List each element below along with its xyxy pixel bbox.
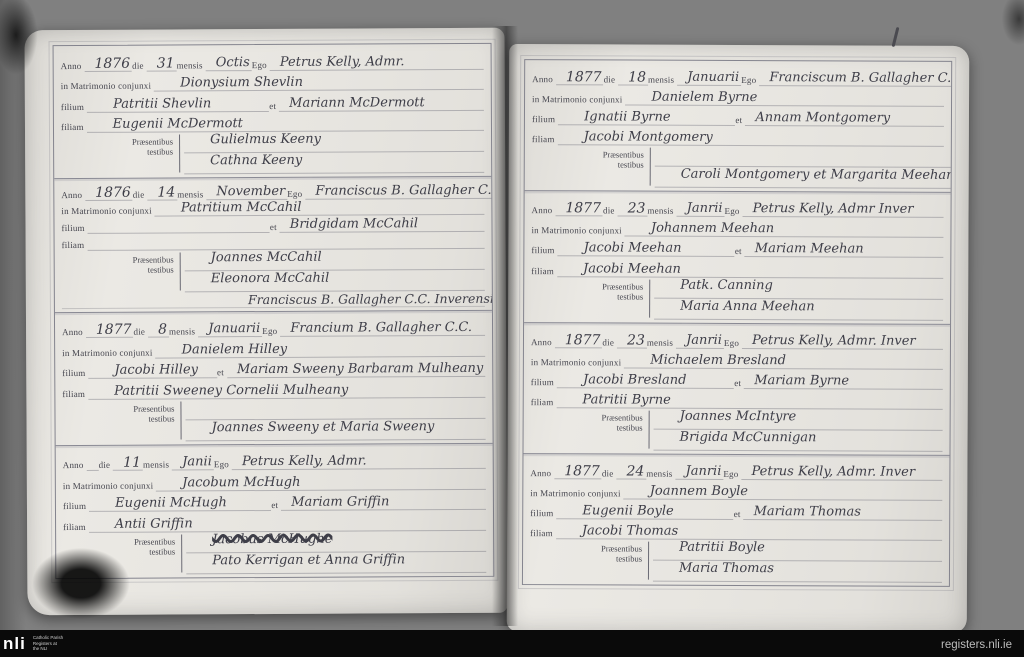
handwritten-bride-father: Jacobi Montgomery (558, 130, 944, 147)
entry-row-bride-father: filiam Jacobi Meehan (531, 257, 943, 279)
testibus-brace (181, 534, 182, 572)
handwritten-witness-2: Pato Kerrigan et Anna Griffin (186, 552, 486, 575)
form-label-testibus: Præsentibus testibus (62, 399, 180, 442)
handwritten-priest: Petrus Kelly, Admr Inver (743, 202, 944, 218)
form-label-die: die (602, 468, 617, 479)
entry-witnesses: Præsentibus testibus Gulielmus Keeny Cat… (61, 131, 484, 175)
register-entry: Anno 1877 die 23 mensis Janrii Ego Petru… (524, 190, 951, 323)
form-label-ego: Ego (214, 459, 232, 470)
form-label-conjunxi: in Matrimonio conjunxi (61, 206, 154, 217)
form-label-die: die (133, 327, 148, 338)
handwritten-day: 23 (618, 202, 648, 217)
form-label-ego: Ego (724, 206, 742, 217)
handwritten-witness-2: Maria Anna Meehan (654, 298, 943, 320)
handwritten-groom-father: Eugenii Boyle (556, 504, 733, 520)
form-label-filium: filium (531, 377, 557, 388)
handwritten-day: 14 (147, 185, 177, 200)
form-label-die: die (604, 74, 619, 85)
form-label-testibus: Præsentibus testibus (61, 133, 179, 176)
form-label-mensis: mensis (177, 189, 206, 200)
form-label-anno: Anno (61, 190, 85, 201)
entry-row-date: Anno die 11 mensis Janii Ego Petrus Kell… (63, 449, 486, 472)
handwritten-groom: Johannem Meehan (625, 222, 944, 238)
form-label-filium: filium (61, 223, 87, 234)
handwritten-groom: Danielem Byrne (625, 91, 944, 107)
form-label-anno: Anno (532, 205, 556, 216)
form-label-ego: Ego (262, 326, 280, 337)
form-label-anno: Anno (63, 460, 87, 471)
register-entry: Anno 1877 die 23 mensis Janrii Ego Petru… (523, 322, 950, 455)
handwritten-witness-1: Gulielmus Keeny (184, 131, 484, 154)
register-entry: Anno die 11 mensis Janii Ego Petrus Kell… (56, 443, 494, 579)
entry-row-groom: in Matrimonio conjunxi Joannem Boyle (530, 479, 942, 501)
handwritten-year: 1877 (556, 70, 604, 85)
handwritten-bride: Bridgidam McCahil (280, 217, 485, 233)
site-watermark: registers.nli.ie (941, 639, 1012, 651)
handwritten-groom-father: Jacobi Bresland (557, 373, 734, 389)
form-label-die: die (132, 60, 147, 71)
register-entry: Anno 1876 die 14 mensis November Ego Fra… (54, 176, 492, 312)
form-label-mensis: mensis (646, 468, 675, 479)
entry-row-groom: in Matrimonio conjunxi Danielem Byrne (532, 85, 944, 107)
entry-row-date: Anno 1877 die 23 mensis Janrii Ego Petru… (532, 196, 944, 218)
entry-row-date: Anno 1877 die 23 mensis Janrii Ego Petru… (531, 328, 943, 350)
entry-row-groom-father: filium Eugenii Boyle et Mariam Thomas (530, 499, 942, 521)
form-label-filium: filium (62, 368, 88, 379)
form-label-anno: Anno (61, 61, 85, 72)
handwritten-day: 18 (618, 71, 648, 86)
form-label-die: die (99, 460, 114, 471)
page-frame: Anno 1877 die 18 mensis Januarii Ego Fra… (522, 59, 952, 587)
form-label-mensis: mensis (648, 75, 677, 86)
entry-row-bride-father: filiam Jacobi Thomas (530, 519, 942, 541)
register-entry: Anno 1877 die 8 mensis Januarii Ego Fran… (55, 309, 493, 445)
handwritten-groom-father: Patritii Shevlin (87, 97, 269, 113)
entry-witnesses: Præsentibus testibus Caroli Montgomery e… (532, 145, 944, 189)
form-label-ego: Ego (741, 75, 759, 86)
testibus-brace (650, 148, 651, 186)
entry-row-date: Anno 1876 die 31 mensis Octis Ego Petrus… (61, 49, 484, 72)
nli-caption-line: the NLI (33, 646, 48, 651)
handwritten-priest: Petrus Kelly, Admr. Inver (742, 334, 943, 350)
form-label-anno: Anno (62, 327, 86, 338)
handwritten-month: Octis (206, 56, 252, 71)
form-label-filium: filium (530, 508, 556, 519)
handwritten-witness-1 (185, 398, 485, 421)
form-label-filium: filium (63, 501, 89, 512)
handwritten-groom-father: Jacobi Meehan (558, 242, 735, 258)
form-label-filiam: filiam (532, 134, 558, 145)
entry-witnesses: Præsentibus testibus Patritii Boyle Mari… (530, 539, 942, 583)
nli-logo: nli Catholic Parish Registers at the NLI (3, 635, 63, 652)
form-label-et: et (734, 509, 744, 520)
form-label-et: et (217, 367, 227, 378)
form-label-ego: Ego (252, 60, 270, 71)
entry-witnesses: Præsentibus testibus Joannes McCahil Ele… (62, 248, 485, 292)
entry-row-bride-father: filiam Patritii Sweeney Cornelii Mulhean… (62, 377, 485, 400)
form-label-mensis: mensis (647, 337, 676, 348)
testibus-brace (179, 135, 180, 173)
handwritten-groom-father: Jacobi Hilley (88, 363, 217, 379)
handwritten-witness-1: Patk. Canning (654, 277, 943, 299)
handwritten-day: 24 (616, 464, 646, 479)
nli-caption-line: Registers at (33, 641, 57, 646)
form-label-testibus: Præsentibus testibus (532, 145, 650, 188)
handwritten-groom: Patritium McCahil (155, 200, 485, 217)
handwritten-year: 1876 (85, 186, 133, 201)
form-label-filiam: filiam (530, 528, 556, 539)
form-label-anno: Anno (530, 468, 554, 479)
form-label-conjunxi: in Matrimonio conjunxi (530, 488, 623, 499)
handwritten-witness-2: Maria Thomas (653, 561, 942, 583)
entry-row-groom-father: filium Eugenii McHugh et Mariam Griffin (63, 490, 486, 513)
testibus-brace (649, 279, 650, 317)
handwritten-bride: Mariam Byrne (744, 374, 943, 390)
form-label-conjunxi: in Matrimonio conjunxi (531, 225, 624, 236)
handwritten-witness-1: Joannes McIntyre (654, 408, 943, 430)
entry-row-groom-father: filium Patritii Shevlin et Mariann McDer… (61, 90, 484, 113)
form-label-et: et (271, 500, 281, 511)
form-label-testibus: Præsentibus testibus (531, 408, 649, 451)
register-entry: Anno 1877 die 18 mensis Januarii Ego Fra… (525, 60, 952, 192)
entry-witnesses: Præsentibus testibus Joannes Sweeny et M… (62, 398, 485, 442)
scan-background: Anno 1876 die 31 mensis Octis Ego Petrus… (0, 0, 1024, 657)
handwritten-month: November (206, 185, 287, 200)
handwritten-bride: Mariam Sweeny Barbaram Mulheany (227, 362, 485, 378)
entry-row-bride-father: filiam Patritii Byrne (531, 388, 943, 410)
register-page-right: Anno 1877 die 18 mensis Januarii Ego Fra… (507, 44, 970, 633)
form-label-filium: filium (61, 102, 87, 113)
handwritten-witness-2: Eleonora McCahil (185, 269, 485, 292)
handwritten-month: Januarii (198, 322, 262, 337)
entry-row-bride-father: filiam Jacobi Montgomery (532, 125, 944, 147)
handwritten-witness-2: Joannes Sweeny et Maria Sweeny (186, 419, 486, 442)
entry-row-groom: in Matrimonio conjunxi Johannem Meehan (531, 216, 943, 238)
entry-row-date: Anno 1877 die 24 mensis Janrii Ego Petru… (530, 459, 942, 481)
scan-shadow-top-right (996, 0, 1024, 54)
handwritten-witness-2: Brigida McCunnigan (654, 429, 943, 451)
form-label-mensis: mensis (177, 60, 206, 71)
handwritten-priest: Franciscum B. Gallagher C.Co (759, 71, 951, 87)
form-label-conjunxi: in Matrimonio conjunxi (63, 480, 156, 491)
entry-row-groom-father: filium Ignatii Byrne et Annam Montgomery (532, 105, 944, 127)
testibus-brace (649, 410, 650, 448)
handwritten-bride-father: Jacobi Thomas (556, 524, 942, 541)
handwritten-groom: Danielem Hilley (156, 341, 486, 358)
handwritten-priest: Petrus Kelly, Admr. (270, 54, 484, 70)
form-label-die: die (133, 189, 148, 200)
handwritten-witness-2: Cathna Keeny (184, 152, 484, 175)
handwritten-bride: Mariann McDermott (279, 96, 484, 112)
testibus-brace (648, 542, 649, 580)
form-label-mensis: mensis (143, 460, 172, 471)
nli-caption-line: Catholic Parish (33, 635, 63, 640)
handwritten-month: Janrii (676, 333, 724, 348)
handwritten-witness-1 (655, 146, 951, 168)
handwritten-witness-1: Patritii Boyle (653, 540, 942, 562)
book-gutter-shadow (492, 26, 518, 626)
form-label-et: et (270, 222, 280, 233)
handwritten-groom: Michaelem Bresland (624, 353, 943, 369)
handwritten-groom-father: Eugenii McHugh (89, 496, 271, 512)
register-page-left: Anno 1876 die 31 mensis Octis Ego Petrus… (24, 28, 507, 616)
form-label-filiam: filiam (61, 122, 87, 133)
form-label-ego: Ego (724, 338, 742, 349)
form-label-conjunxi: in Matrimonio conjunxi (61, 81, 154, 92)
handwritten-bride: Mariam Thomas (744, 505, 943, 521)
form-label-et: et (735, 246, 745, 257)
handwritten-year: 1876 (84, 56, 132, 71)
handwritten-day: 11 (113, 456, 143, 471)
entry-row-groom: in Matrimonio conjunxi Dionysium Shevlin (61, 69, 484, 92)
pen-mark (892, 27, 900, 47)
form-label-testibus: Præsentibus testibus (63, 532, 181, 575)
entry-witnesses: Præsentibus testibus Jacobus McHughe Pat… (63, 531, 486, 575)
handwritten-bride-father: Jacobi Meehan (557, 262, 943, 279)
entry-row-groom-father: filium Jacobi Meehan et Mariam Meehan (531, 236, 943, 258)
form-label-filiam: filiam (531, 397, 557, 408)
handwritten-year: 1877 (555, 202, 603, 217)
handwritten-bride: Mariam Meehan (745, 242, 944, 258)
form-label-conjunxi: in Matrimonio conjunxi (531, 357, 624, 368)
form-label-ego: Ego (287, 189, 305, 200)
handwritten-month: Janii (172, 456, 214, 471)
form-label-et: et (734, 378, 744, 389)
handwritten-month: Janrii (675, 465, 723, 480)
nli-logo-caption: Catholic Parish Registers at the NLI (33, 635, 63, 652)
handwritten-groom: Joannem Boyle (624, 484, 943, 500)
register-entry: Anno 1876 die 31 mensis Octis Ego Petrus… (54, 44, 492, 179)
handwritten-groom-father: Ignatii Byrne (558, 110, 735, 126)
form-label-testibus: Præsentibus testibus (531, 277, 649, 320)
handwritten-year: 1877 (555, 333, 603, 348)
handwritten-signature: Franciscus B. Gallagher C.C. Inverensis (62, 290, 485, 308)
entry-row-bride-father: filiam Eugenii McDermott (61, 111, 484, 134)
form-label-testibus: Præsentibus testibus (530, 539, 648, 582)
entry-row-groom-father: filium Jacobi Bresland et Mariam Byrne (531, 368, 943, 390)
testibus-brace (180, 401, 181, 439)
handwritten-groom: Dionysium Shevlin (154, 75, 484, 92)
entry-witnesses: Præsentibus testibus Joannes McIntyre Br… (531, 408, 943, 452)
form-label-conjunxi: in Matrimonio conjunxi (532, 94, 625, 105)
handwritten-priest: Petrus Kelly, Admr. (232, 454, 486, 470)
handwritten-priest: Francium B. Gallagher C.C. (280, 321, 485, 337)
entry-row-groom: in Matrimonio conjunxi Danielem Hilley (62, 336, 485, 359)
register-entry: Anno 1877 die 24 mensis Janrii Ego Petru… (523, 453, 950, 586)
form-label-filiam: filiam (62, 389, 88, 400)
scan-shadow-left-edge (0, 0, 26, 630)
handwritten-groom: Jacobum McHugh (156, 475, 486, 492)
nli-logo-text: nli (3, 635, 26, 652)
handwritten-day: 23 (617, 333, 647, 348)
form-label-mensis: mensis (169, 326, 198, 337)
page-frame: Anno 1876 die 31 mensis Octis Ego Petrus… (53, 43, 495, 579)
form-label-filiam: filiam (62, 239, 88, 250)
handwritten-priest: Petrus Kelly, Admr. Inver (741, 465, 942, 481)
handwritten-day: 8 (148, 323, 169, 338)
testibus-brace (180, 252, 181, 290)
entry-row-date: Anno 1877 die 8 mensis Januarii Ego Fran… (62, 315, 485, 338)
form-label-filium: filium (531, 246, 557, 257)
form-label-testibus: Præsentibus testibus (62, 250, 180, 293)
handwritten-day: 31 (147, 56, 177, 71)
entry-row-groom: in Matrimonio conjunxi Jacobum McHugh (63, 469, 486, 492)
form-label-filiam: filiam (63, 522, 89, 533)
handwritten-year: 1877 (554, 464, 602, 479)
entry-row-groom-father: filium Jacobi Hilley et Mariam Sweeny Ba… (62, 356, 485, 379)
form-label-et: et (269, 101, 279, 112)
handwritten-witness-1: Jacobus McHughe (186, 531, 486, 554)
form-label-ego: Ego (723, 469, 741, 480)
handwritten-priest: Franciscus B. Gallagher C.C. Inverensis (305, 183, 492, 199)
handwritten-month: Janrii (677, 202, 725, 217)
handwritten-bride: Mariam Griffin (281, 495, 486, 511)
handwritten-month: Januarii (677, 71, 741, 86)
entry-row-groom: in Matrimonio conjunxi Michaelem Breslan… (531, 348, 943, 370)
form-label-mensis: mensis (647, 206, 676, 217)
handwritten-bride: Annam Montgomery (745, 111, 944, 127)
form-label-conjunxi: in Matrimonio conjunxi (62, 347, 155, 358)
handwritten-bride-father: Patritii Byrne (556, 393, 942, 410)
form-label-die: die (602, 337, 617, 348)
handwritten-year: 1877 (86, 323, 134, 338)
form-label-anno: Anno (532, 74, 556, 85)
entry-row-bride-father: filiam Antii Griffin (63, 510, 486, 533)
form-label-die: die (603, 206, 618, 217)
handwritten-witness-2: Caroli Montgomery et Margarita Meehan (655, 167, 952, 189)
watermark-bar: nli Catholic Parish Registers at the NLI… (0, 630, 1024, 657)
form-label-filium: filium (532, 114, 558, 125)
form-label-et: et (735, 115, 745, 126)
entry-witnesses: Præsentibus testibus Patk. Canning Maria… (531, 277, 943, 321)
form-label-filiam: filiam (531, 266, 557, 277)
handwritten-witness-1: Joannes McCahil (185, 248, 485, 271)
form-label-anno: Anno (531, 337, 555, 348)
entry-row-date: Anno 1877 die 18 mensis Januarii Ego Fra… (532, 65, 944, 87)
